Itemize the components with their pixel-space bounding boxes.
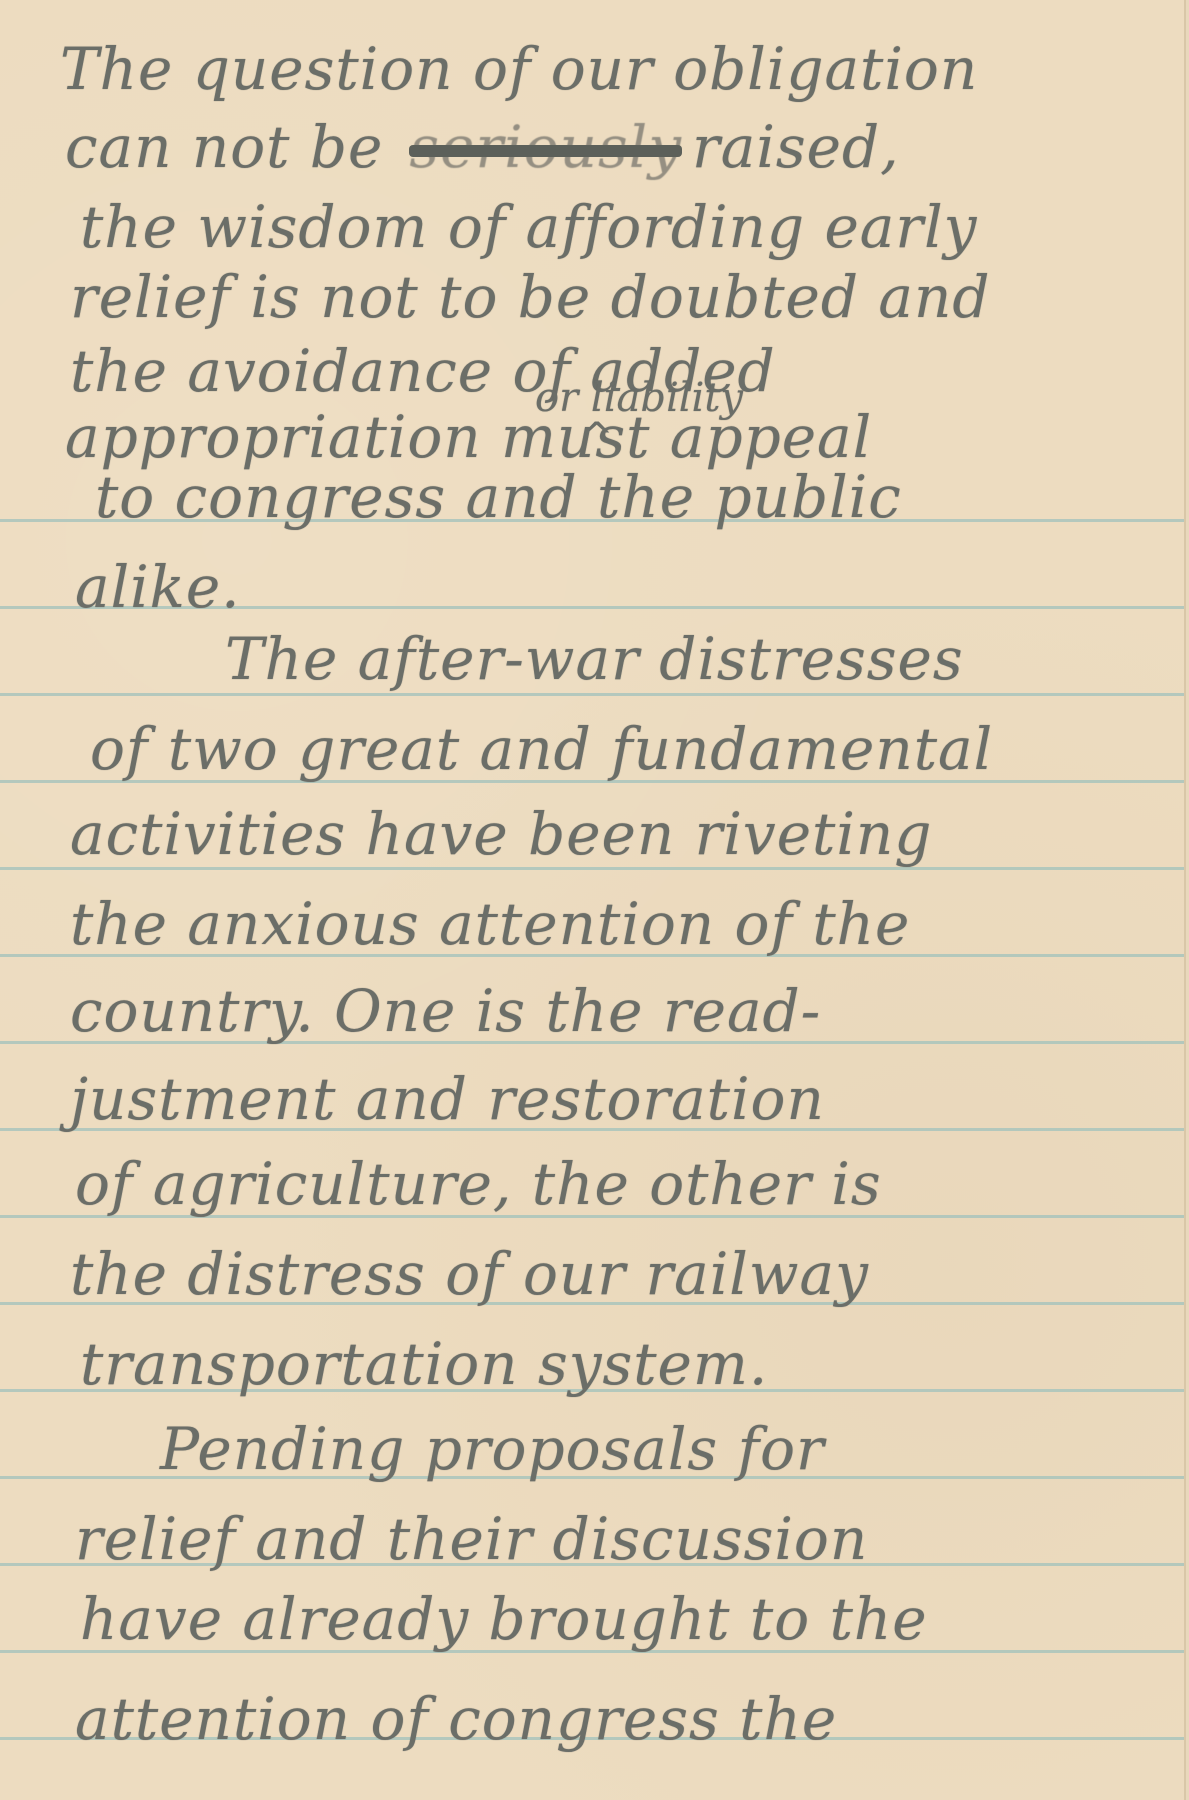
text-line-8: alike. [75, 558, 241, 616]
text-line-11: activities have been riveting [70, 805, 932, 863]
text-line-content: alike. [75, 553, 241, 621]
text-line-2: can not beseriouslyraised, [65, 118, 900, 176]
text-line-content: to congress and the public [95, 463, 902, 531]
text-line-3: the wisdom of affording early [80, 198, 977, 256]
text-line-content: justment and restoration [70, 1065, 825, 1133]
text-line-content: activities have been riveting [70, 800, 932, 868]
text-line-12: the anxious attention of the [70, 895, 910, 953]
insertion-caret-icon: ^ [580, 415, 614, 461]
text-line-17: transportation system. [80, 1335, 768, 1393]
text-line-21: attention of congress the [75, 1690, 837, 1748]
text-line-content: the distress of our railway [70, 1240, 869, 1308]
text-line-content: of agriculture, the other is [75, 1150, 882, 1218]
text-line-content: the anxious attention of the [70, 890, 910, 958]
text-line-9: The after-war distresses [225, 630, 964, 688]
ruled-line [0, 693, 1184, 696]
struck-out-word: seriously [409, 118, 682, 176]
text-line-4: relief is not to be doubted and [70, 268, 990, 326]
text-line-content: of two great and fundamental [90, 715, 993, 783]
text-line-content: appropriation must appeal [65, 403, 872, 471]
text-line-13: country. One is the read- [70, 982, 821, 1040]
text-line-content: relief and their discussion [75, 1505, 868, 1573]
text-line-content: attention of congress the [75, 1685, 837, 1753]
text-line-18: Pending proposals for [160, 1420, 825, 1478]
text-line-20: have already brought to the [80, 1590, 928, 1648]
text-line-1: The question of our obligation [60, 40, 978, 98]
text-line-19: relief and their discussion [75, 1510, 868, 1568]
interlinear-insertion: or liability [535, 375, 743, 421]
text-line-16: the distress of our railway [70, 1245, 869, 1303]
text-line-14: justment and restoration [70, 1070, 825, 1128]
text-line-15: of agriculture, the other is [75, 1155, 882, 1213]
text-line-content: raised, [692, 113, 900, 181]
text-line-6: appropriation must appeal [65, 408, 872, 466]
text-line-content: Pending proposals for [160, 1415, 825, 1483]
text-line-content: The question of our obligation [60, 35, 978, 103]
text-line-10: of two great and fundamental [90, 720, 993, 778]
text-line-7: to congress and the public [95, 468, 902, 526]
manuscript-page: The question of our obligation can not b… [0, 0, 1186, 1800]
text-line-content: The after-war distresses [225, 625, 964, 693]
text-line-content: can not be [65, 118, 383, 176]
text-line-content: have already brought to the [80, 1585, 928, 1653]
text-line-content: country. One is the read- [70, 977, 821, 1045]
text-line-content: relief is not to be doubted and [70, 263, 990, 331]
text-line-content: transportation system. [80, 1330, 768, 1398]
text-line-content: the wisdom of affording early [80, 193, 977, 261]
